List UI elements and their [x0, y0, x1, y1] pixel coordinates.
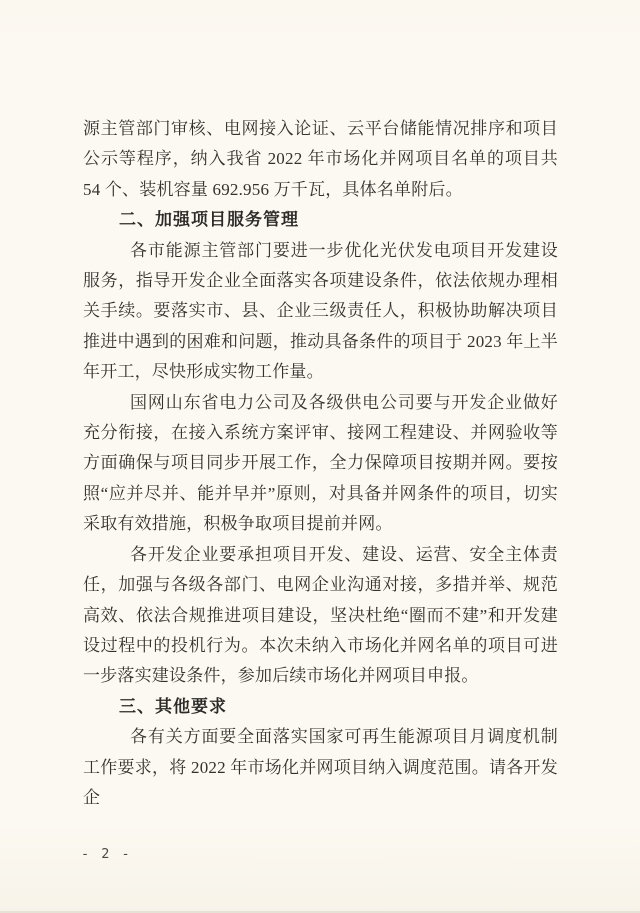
- section-heading-2: 二、加强项目服务管理: [83, 205, 558, 235]
- document-body: 源主管部门审核、电网接入论证、云平台储能情况排序和项目公示等程序，纳入我省 20…: [83, 114, 558, 813]
- section-heading-3: 三、其他要求: [83, 692, 558, 722]
- document-page: 源主管部门审核、电网接入论证、云平台储能情况排序和项目公示等程序，纳入我省 20…: [0, 0, 640, 913]
- paragraph: 各开发企业要承担项目开发、建设、运营、安全主体责任，加强与各级各部门、电网企业沟…: [83, 540, 558, 692]
- paragraph: 各市能源主管部门要进一步优化光伏发电项目开发建设服务，指导开发企业全面落实各项建…: [83, 236, 558, 388]
- paragraph: 国网山东省电力公司及各级供电公司要与开发企业做好充分衔接，在接入系统方案评审、接…: [83, 388, 558, 540]
- paragraph-continuation: 源主管部门审核、电网接入论证、云平台储能情况排序和项目公示等程序，纳入我省 20…: [83, 114, 558, 205]
- paragraph: 各有关方面要全面落实国家可再生能源项目月调度机制工作要求，将 2022 年市场化…: [83, 722, 558, 813]
- page-number: - 2 -: [81, 846, 132, 862]
